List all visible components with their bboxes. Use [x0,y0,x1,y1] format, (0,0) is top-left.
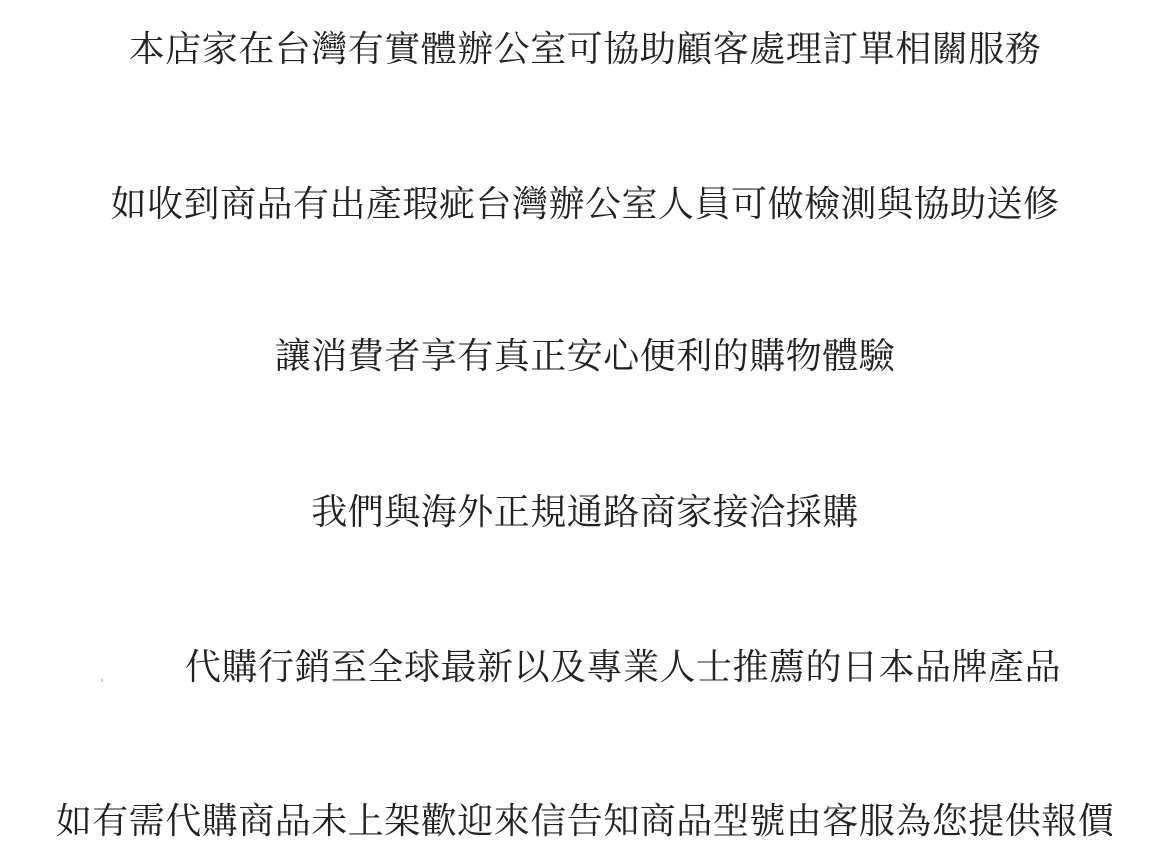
notice-line-defect-repair: 如收到商品有出產瑕疵台灣辦公室人員可做檢測與協助送修 [0,183,1170,227]
notice-line-official-channels: 我們與海外正規通路商家接洽採購 [0,491,1170,535]
notice-line-japanese-brands: 代購行銷至全球最新以及專業人士推薦的日本品牌產品 [38,646,1170,690]
notice-line-quote-request: 如有需代購商品未上架歡迎來信告知商品型號由客服為您提供報價 [0,800,1170,844]
notice-line-taiwan-office: 本店家在台灣有實體辦公室可協助顧客處理訂單相關服務 [0,28,1170,72]
notice-line-shopping-experience: 讓消費者享有真正安心便利的購物體驗 [0,335,1170,379]
